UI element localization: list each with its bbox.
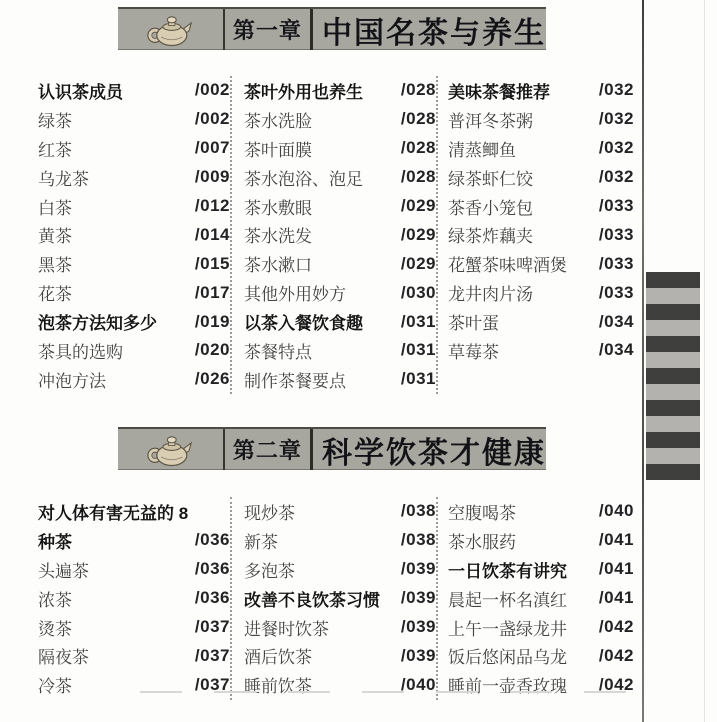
- entry-label: 烫茶: [38, 615, 72, 640]
- chapter-2-toc: 对人体有害无益的 8种茶/036头遍茶/036浓茶/036烫茶/037隔夜茶/0…: [30, 497, 638, 700]
- toc-entry: 以茶入餐饮食趣/031: [244, 307, 436, 336]
- toc-entry: 空腹喝茶/040: [448, 497, 634, 526]
- toc-entry: 茶叶蛋/034: [448, 307, 634, 336]
- stripe-decoration-bar: [646, 272, 700, 480]
- entry-label: 现炒茶: [244, 499, 295, 524]
- entry-page-number: /017: [189, 283, 230, 303]
- entry-label: 花茶: [38, 280, 72, 305]
- entry-page-number: /009: [189, 167, 230, 187]
- entry-label: 草莓茶: [448, 338, 499, 363]
- entry-label: 睡前饮茶: [244, 672, 312, 697]
- toc-column-3: 空腹喝茶/040茶水服药/041一日饮茶有讲究/041晨起一杯名滇红/041上午…: [436, 497, 638, 700]
- toc-entry: 种茶/036: [38, 526, 230, 555]
- entry-page-number: /037: [189, 646, 230, 666]
- toc-entry: 浓茶/036: [38, 584, 230, 613]
- page-edge-line-faint: [704, 0, 705, 722]
- entry-label: 头遍茶: [38, 557, 89, 582]
- toc-entry: 茶叶面膜/028: [244, 134, 436, 163]
- toc-entry: 茶水漱口/029: [244, 249, 436, 278]
- toc-entry: 对人体有害无益的 8: [38, 497, 230, 526]
- entry-page-number: /034: [593, 312, 634, 332]
- chapter-2-title: 科学饮茶才健康: [313, 429, 546, 470]
- toc-entry: 黑茶/015: [38, 249, 230, 278]
- entry-page-number: /036: [189, 588, 230, 608]
- entry-page-number: /039: [395, 646, 436, 666]
- entry-page-number: /041: [593, 559, 634, 579]
- entry-label: 茶水泡浴、泡足: [244, 165, 363, 190]
- entry-page-number: /033: [593, 283, 634, 303]
- entry-page-number: /007: [189, 138, 230, 158]
- entry-label: 美味茶餐推荐: [448, 78, 550, 103]
- entry-page-number: /042: [593, 617, 634, 637]
- entry-page-number: /042: [593, 646, 634, 666]
- bottom-scan-line: [140, 691, 645, 693]
- entry-page-number: /036: [189, 530, 230, 550]
- toc-entry: 多泡茶/039: [244, 555, 436, 584]
- entry-label: 认识茶成员: [38, 78, 123, 103]
- toc-entry: 茶水泡浴、泡足/028: [244, 163, 436, 192]
- entry-label: 多泡茶: [244, 557, 295, 582]
- toc-entry: 茶水服药/041: [448, 526, 634, 555]
- scanned-toc-page: 第一章 中国名茶与养生 认识茶成员/002绿茶/002红茶/007乌龙茶/009…: [0, 0, 717, 722]
- entry-page-number: /039: [395, 588, 436, 608]
- entry-page-number: /026: [189, 369, 230, 389]
- toc-entry: 上午一盏绿龙井/042: [448, 613, 634, 642]
- toc-entry: 花蟹茶味啤酒煲/033: [448, 249, 634, 278]
- entry-label: 绿茶虾仁饺: [448, 165, 533, 190]
- chapter-2-number: 第二章: [225, 429, 313, 470]
- entry-label: 晨起一杯名滇红: [448, 586, 567, 611]
- toc-entry: 黄茶/014: [38, 220, 230, 249]
- toc-entry: 茶水洗发/029: [244, 220, 436, 249]
- entry-page-number: /032: [593, 109, 634, 129]
- entry-page-number: /031: [395, 312, 436, 332]
- entry-page-number: /034: [593, 340, 634, 360]
- entry-label: 进餐时饮茶: [244, 615, 329, 640]
- entry-page-number: /002: [189, 109, 230, 129]
- toc-entry: 花茶/017: [38, 278, 230, 307]
- entry-label: 茶叶蛋: [448, 309, 499, 334]
- toc-entry: 头遍茶/036: [38, 555, 230, 584]
- toc-entry: 制作茶餐要点/031: [244, 365, 436, 394]
- chapter-1-toc: 认识茶成员/002绿茶/002红茶/007乌龙茶/009白茶/012黄茶/014…: [30, 76, 638, 394]
- entry-label: 上午一盏绿龙井: [448, 615, 567, 640]
- toc-entry: 茶水敷眼/029: [244, 192, 436, 221]
- entry-page-number: /039: [395, 617, 436, 637]
- entry-page-number: /029: [395, 196, 436, 216]
- toc-entry: 绿茶炸藕夹/033: [448, 220, 634, 249]
- toc-entry: 烫茶/037: [38, 613, 230, 642]
- toc-entry: 乌龙茶/009: [38, 163, 230, 192]
- entry-page-number: /028: [395, 138, 436, 158]
- chapter-1-title: 中国名茶与养生: [313, 9, 546, 50]
- entry-label: 龙井肉片汤: [448, 280, 533, 305]
- entry-page-number: /030: [395, 283, 436, 303]
- entry-page-number: /028: [395, 80, 436, 100]
- toc-column-2: 现炒茶/038新茶/038多泡茶/039改善不良饮茶习惯/039进餐时饮茶/03…: [230, 497, 436, 700]
- toc-entry: 现炒茶/038: [244, 497, 436, 526]
- toc-entry: 绿茶/002: [38, 105, 230, 134]
- entry-label: 茶具的选购: [38, 338, 123, 363]
- entry-label: 空腹喝茶: [448, 499, 516, 524]
- entry-label: 一日饮茶有讲究: [448, 557, 567, 582]
- toc-entry: 认识茶成员/002: [38, 76, 230, 105]
- entry-page-number: /032: [593, 167, 634, 187]
- entry-label: 红茶: [38, 136, 72, 161]
- entry-label: 酒后饮茶: [244, 643, 312, 668]
- entry-page-number: /028: [395, 109, 436, 129]
- entry-label: 普洱冬茶粥: [448, 107, 533, 132]
- toc-entry: 冷茶/037: [38, 670, 230, 699]
- entry-label: 黄茶: [38, 222, 72, 247]
- entry-label: 茶香小笼包: [448, 194, 533, 219]
- entry-page-number: /033: [593, 225, 634, 245]
- entry-page-number: /039: [395, 559, 436, 579]
- entry-page-number: /031: [395, 340, 436, 360]
- entry-page-number: /002: [189, 80, 230, 100]
- entry-label: 冲泡方法: [38, 367, 106, 392]
- toc-entry: 新茶/038: [244, 526, 436, 555]
- entry-page-number: /032: [593, 80, 634, 100]
- entry-page-number: /037: [189, 617, 230, 637]
- entry-label: 冷茶: [38, 672, 72, 697]
- toc-column-1: 认识茶成员/002绿茶/002红茶/007乌龙茶/009白茶/012黄茶/014…: [30, 76, 230, 394]
- toc-entry: 茶香小笼包/033: [448, 192, 634, 221]
- entry-label: 改善不良饮茶习惯: [244, 586, 380, 611]
- entry-label: 泡茶方法知多少: [38, 309, 157, 334]
- entry-label: 茶叶外用也养生: [244, 78, 363, 103]
- entry-label: 茶餐特点: [244, 338, 312, 363]
- entry-label: 白茶: [38, 194, 72, 219]
- toc-entry: 绿茶虾仁饺/032: [448, 163, 634, 192]
- entry-label: 种茶: [38, 528, 72, 553]
- teapot-icon-cell: [118, 429, 225, 470]
- entry-label: 睡前一壶香玫瑰: [448, 672, 567, 697]
- toc-entry: 美味茶餐推荐/032: [448, 76, 634, 105]
- entry-page-number: /032: [593, 138, 634, 158]
- toc-entry: 茶叶外用也养生/028: [244, 76, 436, 105]
- toc-column-2: 茶叶外用也养生/028茶水洗脸/028茶叶面膜/028茶水泡浴、泡足/028茶水…: [230, 76, 436, 394]
- entry-label: 新茶: [244, 528, 278, 553]
- toc-entry: 茶水洗脸/028: [244, 105, 436, 134]
- entry-label: 对人体有害无益的 8: [38, 499, 188, 524]
- toc-entry: 茶餐特点/031: [244, 336, 436, 365]
- entry-label: 黑茶: [38, 251, 72, 276]
- entry-page-number: /020: [189, 340, 230, 360]
- teapot-icon: [147, 12, 193, 48]
- teapot-icon: [147, 432, 193, 468]
- entry-page-number: /019: [189, 312, 230, 332]
- toc-entry: 睡前一壶香玫瑰/042: [448, 670, 634, 699]
- entry-label: 制作茶餐要点: [244, 367, 346, 392]
- page-edge-line: [642, 0, 644, 722]
- entry-label: 花蟹茶味啤酒煲: [448, 251, 567, 276]
- toc-entry: 晨起一杯名滇红/041: [448, 584, 634, 613]
- entry-label: 饭后悠闲品乌龙: [448, 643, 567, 668]
- entry-label: 乌龙茶: [38, 165, 89, 190]
- toc-entry: 龙井肉片汤/033: [448, 278, 634, 307]
- entry-label: 茶叶面膜: [244, 136, 312, 161]
- entry-page-number: /038: [395, 530, 436, 550]
- entry-label: 茶水洗脸: [244, 107, 312, 132]
- entry-page-number: /012: [189, 196, 230, 216]
- toc-entry: 饭后悠闲品乌龙/042: [448, 641, 634, 670]
- chapter-1-number: 第一章: [225, 9, 313, 50]
- toc-entry: 草莓茶/034: [448, 336, 634, 365]
- entry-page-number: /028: [395, 167, 436, 187]
- entry-page-number: /029: [395, 254, 436, 274]
- entry-page-number: /014: [189, 225, 230, 245]
- toc-entry: 普洱冬茶粥/032: [448, 105, 634, 134]
- toc-entry: 冲泡方法/026: [38, 365, 230, 394]
- toc-entry: 白茶/012: [38, 192, 230, 221]
- toc-entry: 清蒸鲫鱼/032: [448, 134, 634, 163]
- entry-label: 绿茶炸藕夹: [448, 222, 533, 247]
- toc-entry: 其他外用妙方/030: [244, 278, 436, 307]
- chapter-1-header: 第一章 中国名茶与养生: [118, 7, 546, 50]
- toc-column-1: 对人体有害无益的 8种茶/036头遍茶/036浓茶/036烫茶/037隔夜茶/0…: [30, 497, 230, 700]
- entry-label: 其他外用妙方: [244, 280, 346, 305]
- toc-entry: 红茶/007: [38, 134, 230, 163]
- toc-entry: 隔夜茶/037: [38, 641, 230, 670]
- entry-page-number: /031: [395, 369, 436, 389]
- toc-entry: 一日饮茶有讲究/041: [448, 555, 634, 584]
- entry-page-number: /033: [593, 196, 634, 216]
- toc-entry: 酒后饮茶/039: [244, 641, 436, 670]
- entry-label: 浓茶: [38, 586, 72, 611]
- entry-label: 清蒸鲫鱼: [448, 136, 516, 161]
- toc-entry: 进餐时饮茶/039: [244, 613, 436, 642]
- toc-column-3: 美味茶餐推荐/032普洱冬茶粥/032清蒸鲫鱼/032绿茶虾仁饺/032茶香小笼…: [436, 76, 638, 394]
- entry-label: 茶水漱口: [244, 251, 312, 276]
- entry-label: 茶水敷眼: [244, 194, 312, 219]
- entry-page-number: /033: [593, 254, 634, 274]
- entry-page-number: /029: [395, 225, 436, 245]
- entry-page-number: /038: [395, 501, 436, 521]
- entry-label: 茶水服药: [448, 528, 516, 553]
- entry-label: 绿茶: [38, 107, 72, 132]
- toc-entry: 睡前饮茶/040: [244, 670, 436, 699]
- entry-label: 茶水洗发: [244, 222, 312, 247]
- entry-label: 以茶入餐饮食趣: [244, 309, 363, 334]
- toc-entry: 改善不良饮茶习惯/039: [244, 584, 436, 613]
- teapot-icon-cell: [118, 9, 225, 50]
- entry-page-number: /036: [189, 559, 230, 579]
- entry-page-number: /040: [593, 501, 634, 521]
- chapter-2-header: 第二章 科学饮茶才健康: [118, 427, 546, 470]
- entry-page-number: /041: [593, 530, 634, 550]
- toc-entry: 泡茶方法知多少/019: [38, 307, 230, 336]
- toc-entry: 茶具的选购/020: [38, 336, 230, 365]
- entry-label: 隔夜茶: [38, 643, 89, 668]
- entry-page-number: /015: [189, 254, 230, 274]
- entry-page-number: /041: [593, 588, 634, 608]
